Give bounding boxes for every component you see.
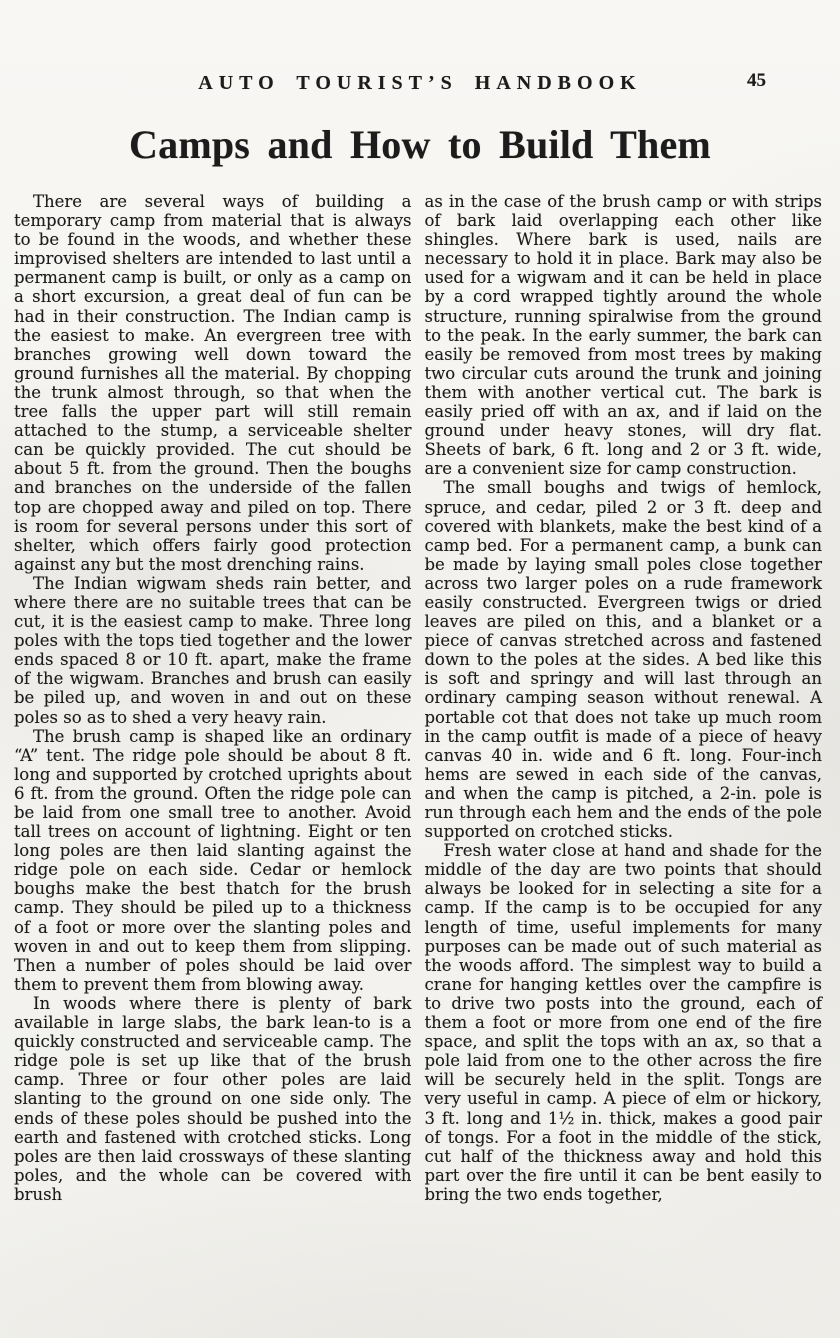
page-header: AUTO TOURIST’S HANDBOOK 45 bbox=[0, 0, 840, 95]
running-title: AUTO TOURIST’S HANDBOOK bbox=[198, 72, 641, 94]
book-page: AUTO TOURIST’S HANDBOOK 45 Camps and How… bbox=[0, 0, 840, 1338]
text-columns: There are several ways of building a tem… bbox=[0, 168, 840, 1204]
page-number: 45 bbox=[747, 70, 766, 92]
paragraph-bark-covering: as in the case of the brush camp or with… bbox=[425, 192, 823, 478]
paragraph-brush-camp: The brush camp is shaped like an ordinar… bbox=[14, 727, 412, 994]
paragraph-bark-lean-to: In woods where there is plenty of bark a… bbox=[14, 994, 412, 1204]
right-column: as in the case of the brush camp or with… bbox=[425, 192, 823, 1204]
left-column: There are several ways of building a tem… bbox=[14, 192, 412, 1204]
paragraph-indian-wigwam: The Indian wigwam sheds rain better, and… bbox=[14, 574, 412, 727]
paragraph-camp-bed: The small boughs and twigs of hemlock, s… bbox=[425, 478, 823, 841]
paragraph-indian-camp: There are several ways of building a tem… bbox=[14, 192, 412, 574]
article-title: Camps and How to Build Them bbox=[0, 121, 840, 168]
paragraph-camp-site: Fresh water close at hand and shade for … bbox=[425, 841, 823, 1204]
